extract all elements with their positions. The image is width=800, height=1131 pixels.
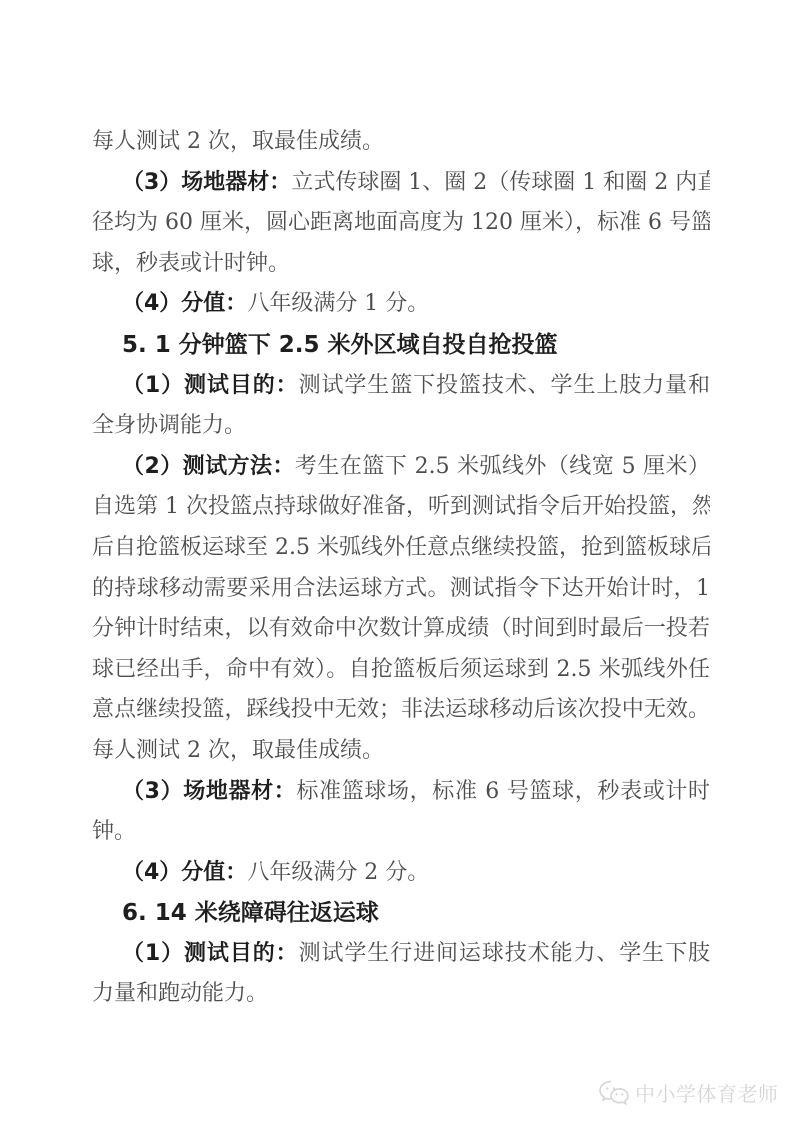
- text-line: 每人测试 2 次，取最佳成绩。: [92, 122, 710, 163]
- body-text: 钟。: [92, 819, 136, 844]
- body-text: 立式传球圈 1、圈 2（传球圈 1 和圈 2 内直: [291, 170, 710, 195]
- bold-label: （3）场地器材：: [122, 779, 296, 804]
- bold-label: （4）分值：: [122, 291, 247, 316]
- watermark: 中小学体育老师: [598, 1078, 779, 1107]
- text-line: 径均为 60 厘米，圆心距离地面高度为 120 厘米），标准 6 号篮: [92, 203, 710, 244]
- text-line: 后自抢篮板运球至 2.5 米弧线外任意点继续投篮，抢到篮板球后: [92, 528, 710, 569]
- text-line: （3）场地器材：立式传球圈 1、圈 2（传球圈 1 和圈 2 内直: [92, 163, 710, 204]
- text-line: 意点继续投篮，踩线投中无效；非法运球移动后该次投中无效。: [92, 690, 710, 731]
- document-page: 每人测试 2 次，取最佳成绩。（3）场地器材：立式传球圈 1、圈 2（传球圈 1…: [0, 0, 800, 1131]
- body-text: 每人测试 2 次，取最佳成绩。: [92, 738, 384, 763]
- text-line: 5. 1 分钟篮下 2.5 米外区域自投自抢投篮: [92, 325, 710, 366]
- body-text: 后自抢篮板运球至 2.5 米弧线外任意点继续投篮，抢到篮板球后: [92, 535, 710, 560]
- document-body: 每人测试 2 次，取最佳成绩。（3）场地器材：立式传球圈 1、圈 2（传球圈 1…: [92, 122, 710, 1015]
- section-heading: 6. 14 米绕障碍往返运球: [122, 900, 379, 926]
- body-text: 径均为 60 厘米，圆心距离地面高度为 120 厘米），标准 6 号篮: [92, 210, 710, 235]
- text-line: （3）场地器材：标准篮球场，标准 6 号篮球，秒表或计时: [92, 772, 710, 813]
- body-text: 测试学生行进间运球技术能力、学生下肢: [299, 941, 710, 966]
- text-line: 的持球移动需要采用合法运球方式。测试指令下达开始计时，1: [92, 569, 710, 610]
- text-line: （1）测试目的：测试学生行进间运球技术能力、学生下肢: [92, 934, 710, 975]
- body-text: 八年级满分 2 分。: [247, 860, 429, 885]
- text-line: 球已经出手，命中有效）。自抢篮板后须运球到 2.5 米弧线外任: [92, 650, 710, 691]
- body-text: 球已经出手，命中有效）。自抢篮板后须运球到 2.5 米弧线外任: [92, 657, 710, 682]
- text-line: （4）分值：八年级满分 2 分。: [92, 853, 710, 894]
- text-line: 每人测试 2 次，取最佳成绩。: [92, 731, 710, 772]
- body-text: 分钟计时结束，以有效命中次数计算成绩（时间到时最后一投若: [92, 616, 710, 641]
- text-line: 分钟计时结束，以有效命中次数计算成绩（时间到时最后一投若: [92, 609, 710, 650]
- text-line: 力量和跑动能力。: [92, 974, 710, 1015]
- text-line: （1）测试目的：测试学生篮下投篮技术、学生上肢力量和: [92, 366, 710, 407]
- text-line: 全身协调能力。: [92, 406, 710, 447]
- wechat-icon: [598, 1079, 630, 1107]
- bold-label: （1）测试目的：: [122, 373, 299, 398]
- bold-label: （1）测试目的：: [122, 941, 299, 966]
- body-text: 的持球移动需要采用合法运球方式。测试指令下达开始计时，1: [92, 576, 710, 601]
- body-text: 测试学生篮下投篮技术、学生上肢力量和: [299, 373, 710, 398]
- bold-label: （2）测试方法：: [122, 454, 295, 479]
- text-line: （4）分值：八年级满分 1 分。: [92, 284, 710, 325]
- text-line: （2）测试方法：考生在篮下 2.5 米弧线外（线宽 5 厘米）: [92, 447, 710, 488]
- body-text: 全身协调能力。: [92, 413, 246, 438]
- body-text: 力量和跑动能力。: [92, 981, 268, 1006]
- body-text: 标准篮球场，标准 6 号篮球，秒表或计时: [296, 779, 710, 804]
- body-text: 考生在篮下 2.5 米弧线外（线宽 5 厘米）: [295, 454, 710, 479]
- body-text: 八年级满分 1 分。: [247, 291, 429, 316]
- text-line: 自选第 1 次投篮点持球做好准备，听到测试指令后开始投篮，然: [92, 487, 710, 528]
- watermark-text: 中小学体育老师: [635, 1078, 779, 1107]
- body-text: 每人测试 2 次，取最佳成绩。: [92, 129, 384, 154]
- bold-label: （4）分值：: [122, 860, 247, 885]
- section-heading: 5. 1 分钟篮下 2.5 米外区域自投自抢投篮: [122, 332, 558, 358]
- body-text: 球，秒表或计时钟。: [92, 251, 290, 276]
- text-line: 球，秒表或计时钟。: [92, 244, 710, 285]
- body-text: 意点继续投篮，踩线投中无效；非法运球移动后该次投中无效。: [92, 697, 710, 722]
- body-text: 自选第 1 次投篮点持球做好准备，听到测试指令后开始投篮，然: [92, 494, 710, 519]
- bold-label: （3）场地器材：: [122, 170, 291, 195]
- text-line: 6. 14 米绕障碍往返运球: [92, 893, 710, 934]
- text-line: 钟。: [92, 812, 710, 853]
